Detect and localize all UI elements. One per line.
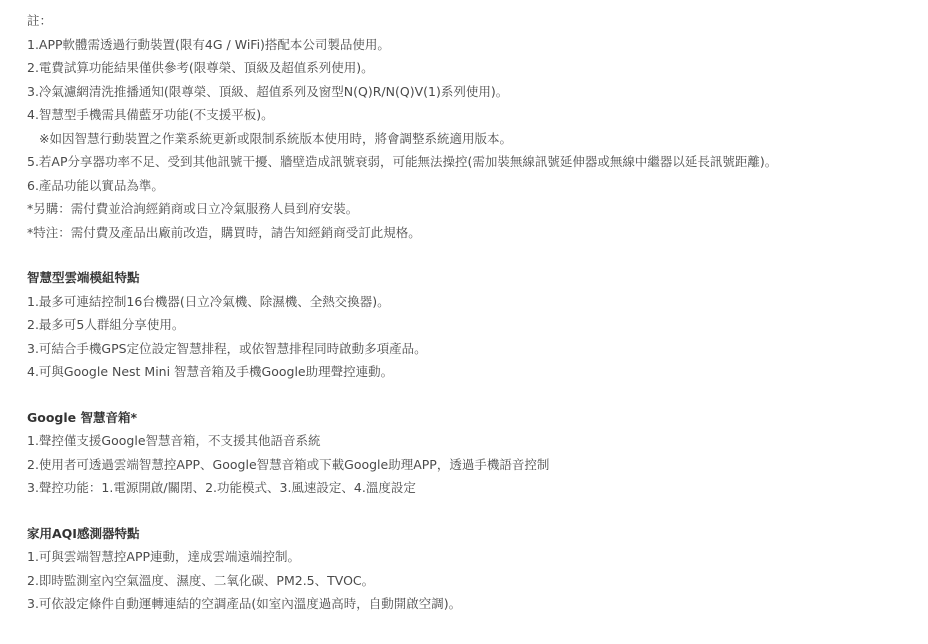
section-spacer (27, 384, 928, 406)
note-item: 3.冷氣濾網清洗推播通知(限尊榮、頂級、超值系列及窗型N(Q)R/N(Q)V(1… (27, 80, 928, 104)
google-speaker-section: Google 智慧音箱* 1.聲控僅支援Google智慧音箱，不支援其他語音系統… (27, 406, 928, 500)
aqi-sensor-item: 2.即時監測室內空氣溫度、濕度、二氧化碳、PM2.5、TVOC。 (27, 569, 928, 593)
note-remark: ※如因智慧行動裝置之作業系統更新或限制系統版本使用時，將會調整系統適用版本。 (27, 127, 928, 151)
cloud-module-item: 3.可結合手機GPS定位設定智慧排程，或依智慧排程同時啟動多項產品。 (27, 337, 928, 361)
cloud-module-heading: 智慧型雲端模組特點 (27, 266, 928, 290)
aqi-sensor-heading: 家用AQI感測器特點 (27, 522, 928, 546)
note-item: 1.APP軟體需透過行動裝置(限有4G / WiFi)搭配本公司製品使用。 (27, 33, 928, 57)
notes-title: 註： (27, 9, 928, 33)
cloud-module-section: 智慧型雲端模組特點 1.最多可連結控制16台機器(日立冷氣機、除濕機、全熱交換器… (27, 266, 928, 384)
aqi-sensor-item: 3.可依設定條件自動運轉連結的空調產品(如室內溫度過高時，自動開啟空調)。 (27, 592, 928, 616)
note-item: 5.若AP分享器功率不足、受到其他訊號干擾、牆壁造成訊號衰弱，可能無法操控(需加… (27, 150, 928, 174)
note-special-order: *特注：需付費及產品出廠前改造，購買時，請告知經銷商受訂此規格。 (27, 221, 928, 245)
cloud-module-item: 2.最多可5人群組分享使用。 (27, 313, 928, 337)
product-notes-document: 註： 1.APP軟體需透過行動裝置(限有4G / WiFi)搭配本公司製品使用。… (0, 0, 928, 616)
section-spacer (27, 244, 928, 266)
note-optional-purchase: *另購：需付費並洽詢經銷商或日立冷氣服務人員到府安裝。 (27, 197, 928, 221)
aqi-sensor-item: 1.可與雲端智慧控APP連動，達成雲端遠端控制。 (27, 545, 928, 569)
notes-section: 註： 1.APP軟體需透過行動裝置(限有4G / WiFi)搭配本公司製品使用。… (27, 9, 928, 244)
google-speaker-item: 1.聲控僅支援Google智慧音箱，不支援其他語音系統 (27, 429, 928, 453)
cloud-module-item: 1.最多可連結控制16台機器(日立冷氣機、除濕機、全熱交換器)。 (27, 290, 928, 314)
google-speaker-item: 2.使用者可透過雲端智慧控APP、Google智慧音箱或下載Google助理AP… (27, 453, 928, 477)
note-item: 4.智慧型手機需具備藍牙功能(不支援平板)。 (27, 103, 928, 127)
google-speaker-item: 3.聲控功能：1.電源開啟/關閉、2.功能模式、3.風速設定、4.溫度設定 (27, 476, 928, 500)
note-item: 2.電費試算功能結果僅供參考(限尊榮、頂級及超值系列使用)。 (27, 56, 928, 80)
aqi-sensor-section: 家用AQI感測器特點 1.可與雲端智慧控APP連動，達成雲端遠端控制。 2.即時… (27, 522, 928, 616)
cloud-module-item: 4.可與Google Nest Mini 智慧音箱及手機Google助理聲控連動… (27, 360, 928, 384)
note-item: 6.產品功能以實品為準。 (27, 174, 928, 198)
google-speaker-heading: Google 智慧音箱* (27, 406, 928, 430)
section-spacer (27, 500, 928, 522)
